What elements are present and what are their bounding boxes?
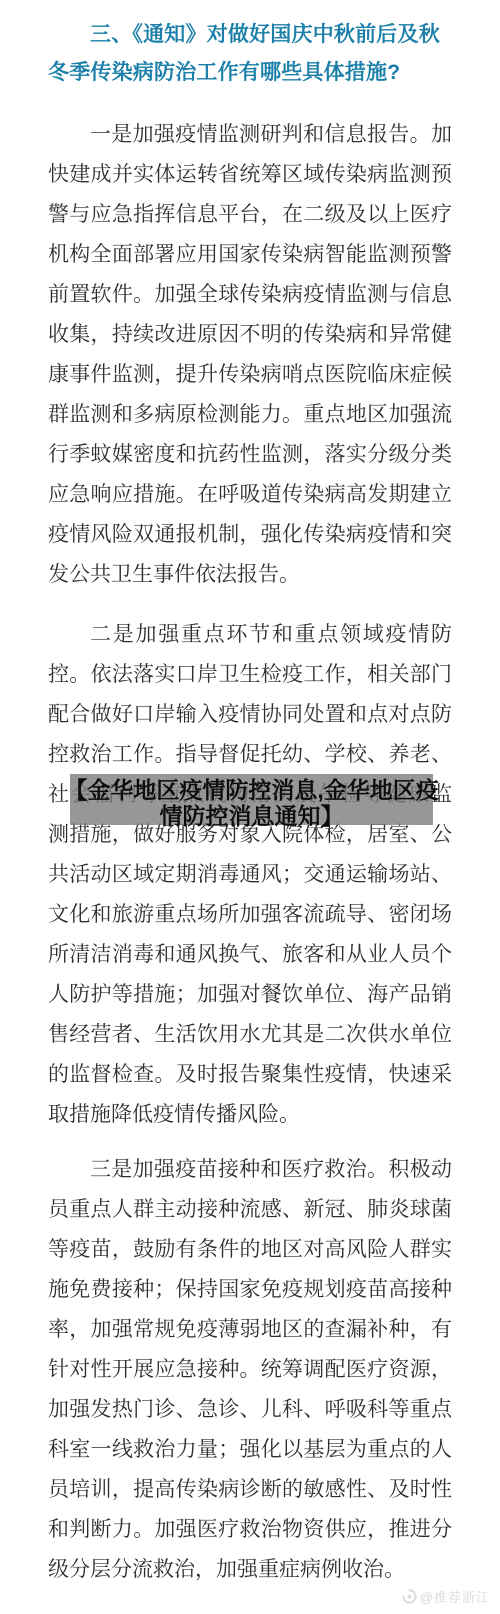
text-line: 级分层分流救治，加强重症病例收治。 bbox=[48, 1550, 452, 1590]
text-line: 疫情风险双通报机制，强化传染病疫情和突 bbox=[48, 515, 452, 555]
paragraph-3: 三是加强疫苗接种和医疗救治。积极动 员重点人群主动接种流感、新冠、肺炎球菌 等疫… bbox=[48, 1150, 452, 1590]
text-line: 康事件监测，提升传染病哨点医院临床症候 bbox=[48, 355, 452, 395]
text-line: 机构全面部署应用国家传染病智能监测预警 bbox=[48, 235, 452, 275]
heading-line: 冬季传染病防治工作有哪些具体措施? bbox=[48, 54, 452, 92]
text-line: 三是加强疫苗接种和医疗救治。积极动 bbox=[48, 1150, 452, 1190]
watermark-logo-icon bbox=[402, 1589, 417, 1604]
text-line: 控救治工作。指导督促托幼、学校、养老、 bbox=[48, 735, 452, 775]
article-heading: 三、《通知》对做好国庆中秋前后及秋 冬季传染病防治工作有哪些具体措施? bbox=[48, 16, 452, 92]
text-line: 应急响应措施。在呼吸道传染病高发期建立 bbox=[48, 475, 452, 515]
text-line: 率，加强常规免疫薄弱地区的查漏补种，有 bbox=[48, 1310, 452, 1350]
text-line: 控。依法落实口岸卫生检疫工作，相关部门 bbox=[48, 655, 452, 695]
text-line: 配合做好口岸输入疫情协同处置和点对点防 bbox=[48, 695, 452, 735]
text-line: 和判断力。加强医疗救治物资供应，推进分 bbox=[48, 1510, 452, 1550]
text-line: 警与应急指挥信息平台，在二级及以上医疗 bbox=[48, 195, 452, 235]
text-line: 文化和旅游重点场所加强客流疏导、密闭场 bbox=[48, 895, 452, 935]
article-page: 三、《通知》对做好国庆中秋前后及秋 冬季传染病防治工作有哪些具体措施? 一是加强… bbox=[0, 0, 500, 1614]
text-line: 收集，持续改进原因不明的传染病和异常健 bbox=[48, 315, 452, 355]
text-line: 针对性开展应急接种。统筹调配医疗资源， bbox=[48, 1350, 452, 1390]
text-line: 员培训，提高传染病诊断的敏感性、及时性 bbox=[48, 1470, 452, 1510]
paragraph-2: 二是加强重点环节和重点领域疫情防 控。依法落实口岸卫生检疫工作，相关部门 配合做… bbox=[48, 615, 452, 1135]
text-line: 快建成并实体运转省统筹区域传染病监测预 bbox=[48, 155, 452, 195]
banner-text-line: 情防控消息通知】 bbox=[160, 803, 344, 829]
text-line: 人防护等措施；加强对餐饮单位、海产品销 bbox=[48, 975, 452, 1015]
text-line: 员重点人群主动接种流感、新冠、肺炎球菌 bbox=[48, 1190, 452, 1230]
text-line: 售经营者、生活饮用水尤其是二次供水单位 bbox=[48, 1015, 452, 1055]
text-line: 群监测和多病原检测能力。重点地区加强流 bbox=[48, 395, 452, 435]
watermark-text: @推荐浙江 bbox=[420, 1587, 490, 1606]
text-line: 发公共卫生事件依法报告。 bbox=[48, 555, 452, 595]
text-line: 一是加强疫情监测研判和信息报告。加 bbox=[48, 115, 452, 155]
banner-text-line: 【金华地区疫情防控消息,金华地区疫 bbox=[64, 777, 438, 803]
text-line: 二是加强重点环节和重点领域疫情防 bbox=[48, 615, 452, 655]
text-line: 前置软件。加强全球传染病疫情监测与信息 bbox=[48, 275, 452, 315]
heading-line: 三、《通知》对做好国庆中秋前后及秋 bbox=[48, 16, 452, 54]
text-line: 行季蚊媒密度和抗药性监测，落实分级分类 bbox=[48, 435, 452, 475]
text-line: 施免费接种；保持国家免疫规划疫苗高接种 bbox=[48, 1270, 452, 1310]
text-line: 加强发热门诊、急诊、儿科、呼吸科等重点 bbox=[48, 1390, 452, 1430]
text-line: 所清洁消毒和通风换气、旅客和从业人员个 bbox=[48, 935, 452, 975]
paragraph-1: 一是加强疫情监测研判和信息报告。加 快建成并实体运转省统筹区域传染病监测预 警与… bbox=[48, 115, 452, 595]
watermark: @推荐浙江 bbox=[402, 1587, 490, 1606]
text-line: 取措施降低疫情传播风险。 bbox=[48, 1095, 452, 1135]
text-line: 科室一线救治力量；强化以基层为重点的人 bbox=[48, 1430, 452, 1470]
text-line: 共活动区域定期消毒通风；交通运输场站、 bbox=[48, 855, 452, 895]
caption-overlay-banner: 【金华地区疫情防控消息,金华地区疫 情防控消息通知】 bbox=[70, 774, 433, 825]
text-line: 等疫苗，鼓励有条件的地区对高风险人群实 bbox=[48, 1230, 452, 1270]
text-line: 的监督检查。及时报告聚集性疫情，快速采 bbox=[48, 1055, 452, 1095]
